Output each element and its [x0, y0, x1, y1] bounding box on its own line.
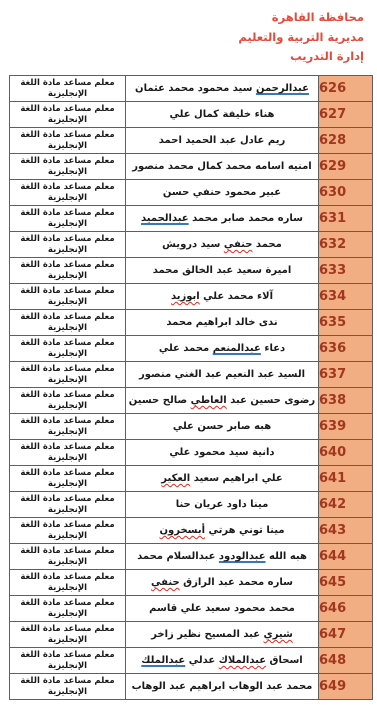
job-title-line: معلم مساعد مادة اللغة [10, 338, 125, 349]
job-title-cell: معلم مساعد مادة اللغةالإنجليزية [10, 128, 126, 154]
job-title-line: الإنجليزية [10, 271, 125, 282]
serial-number: 643 [319, 523, 346, 538]
serial-number-cell: 644 [319, 544, 373, 570]
name-segment: محمد علي [159, 343, 213, 354]
table-row: 641علي ابراهيم سعيد العكيرمعلم مساعد ماد… [10, 466, 373, 492]
serial-number: 638 [319, 393, 346, 408]
page: { "header": { "lines": ["محافظة القاهرة"… [0, 0, 377, 705]
employee-name-cell: محمد عبد الوهاب ابراهيم عبد الوهاب [126, 674, 319, 700]
employee-name-cell: هبه صابر حسن علي [126, 414, 319, 440]
name-segment: عبير محمود حنفي حسن [163, 187, 281, 198]
name-segment-marked: عبدالودود [219, 551, 266, 562]
job-title-cell: معلم مساعد مادة اللغةالإنجليزية [10, 622, 126, 648]
job-title-cell: معلم مساعد مادة اللغةالإنجليزية [10, 648, 126, 674]
serial-number-cell: 648 [319, 648, 373, 674]
name-segment: عبدالسلام محمد [137, 551, 219, 562]
name-segment: محمد محمود سعيد علي قاسم [149, 603, 295, 614]
employee-name-cell: شيري عبد المسيح نظير زاخر [126, 622, 319, 648]
name-segment: اميرة سعيد عبد الخالق محمد [153, 265, 292, 276]
table-row: 648اسحاق عبدالملاك عدلي عبدالملكمعلم مسا… [10, 648, 373, 674]
document-header: محافظة القاهرة مديرية التربية والتعليم إ… [238, 8, 364, 67]
job-title-line: الإنجليزية [10, 89, 125, 100]
serial-number-cell: 641 [319, 466, 373, 492]
job-title-line: معلم مساعد مادة اللغة [10, 156, 125, 167]
serial-number-cell: 626 [319, 76, 373, 102]
table-row: 635ندى خالد ابراهيم محمدمعلم مساعد مادة … [10, 310, 373, 336]
employee-name-cell: اميرة سعيد عبد الخالق محمد [126, 258, 319, 284]
job-title-line: معلم مساعد مادة اللغة [10, 208, 125, 219]
name-segment-marked: عبدالمنعم [213, 343, 261, 354]
job-title-line: معلم مساعد مادة اللغة [10, 572, 125, 583]
job-title-cell: معلم مساعد مادة اللغةالإنجليزية [10, 284, 126, 310]
job-title-cell: معلم مساعد مادة اللغةالإنجليزية [10, 180, 126, 206]
job-title-cell: معلم مساعد مادة اللغةالإنجليزية [10, 518, 126, 544]
job-title-line: الإنجليزية [10, 557, 125, 568]
header-line-directorate: مديرية التربية والتعليم [238, 28, 364, 48]
serial-number: 645 [319, 575, 346, 590]
serial-number: 631 [319, 211, 346, 226]
job-title-line: معلم مساعد مادة اللغة [10, 416, 125, 427]
job-title-line: الإنجليزية [10, 193, 125, 204]
name-segment: امنيه اسامه محمد كمال محمد منصور [132, 161, 311, 172]
employee-name-cell: دانية سيد محمود علي [126, 440, 319, 466]
serial-number-cell: 630 [319, 180, 373, 206]
table-row: 634آلاء محمد علي ابوزيدمعلم مساعد مادة ا… [10, 284, 373, 310]
name-segment-marked: حنفي [224, 239, 253, 250]
serial-number-cell: 636 [319, 336, 373, 362]
job-title-cell: معلم مساعد مادة اللغةالإنجليزية [10, 310, 126, 336]
serial-number: 632 [319, 237, 346, 252]
job-title-line: الإنجليزية [10, 375, 125, 386]
employee-name-cell: هناء خليفة كمال علي [126, 102, 319, 128]
table-row: 639هبه صابر حسن عليمعلم مساعد مادة اللغة… [10, 414, 373, 440]
job-title-cell: معلم مساعد مادة اللغةالإنجليزية [10, 544, 126, 570]
table-row: 630عبير محمود حنفي حسنمعلم مساعد مادة ال… [10, 180, 373, 206]
employee-name-cell: رضوى حسين عبد العاطي صالح حسين [126, 388, 319, 414]
serial-number-cell: 642 [319, 492, 373, 518]
job-title-line: معلم مساعد مادة اللغة [10, 624, 125, 635]
employee-name-cell: ندى خالد ابراهيم محمد [126, 310, 319, 336]
job-title-cell: معلم مساعد مادة اللغةالإنجليزية [10, 258, 126, 284]
serial-number-cell: 645 [319, 570, 373, 596]
job-title-cell: معلم مساعد مادة اللغةالإنجليزية [10, 674, 126, 700]
name-segment: محمد عبد الوهاب ابراهيم عبد الوهاب [132, 681, 313, 692]
roster-table-body: 626عبدالرحمن سيد محمود محمد عثمانمعلم مس… [10, 76, 373, 700]
table-row: 647شيري عبد المسيح نظير زاخرمعلم مساعد م… [10, 622, 373, 648]
name-segment-marked: شيري [264, 629, 293, 640]
name-segment-marked: العاطي [191, 395, 227, 406]
name-segment-marked: عبدالملاك [219, 655, 266, 666]
job-title-cell: معلم مساعد مادة اللغةالإنجليزية [10, 492, 126, 518]
serial-number-cell: 635 [319, 310, 373, 336]
table-row: 638رضوى حسين عبد العاطي صالح حسينمعلم مس… [10, 388, 373, 414]
table-row: 632محمد حنفي سيد درويشمعلم مساعد مادة ال… [10, 232, 373, 258]
job-title-line: معلم مساعد مادة اللغة [10, 104, 125, 115]
name-segment: سيد محمود محمد عثمان [135, 83, 256, 94]
job-title-cell: معلم مساعد مادة اللغةالإنجليزية [10, 570, 126, 596]
job-title-cell: معلم مساعد مادة اللغةالإنجليزية [10, 466, 126, 492]
job-title-cell: معلم مساعد مادة اللغةالإنجليزية [10, 440, 126, 466]
employee-name-cell: ساره محمد عبد الرازق حنفي [126, 570, 319, 596]
job-title-line: الإنجليزية [10, 219, 125, 230]
serial-number-cell: 639 [319, 414, 373, 440]
job-title-line: الإنجليزية [10, 505, 125, 516]
serial-number: 630 [319, 185, 346, 200]
employee-name-cell: عبير محمود حنفي حسن [126, 180, 319, 206]
job-title-line: معلم مساعد مادة اللغة [10, 442, 125, 453]
table-row: 642مينا داود عريان حنامعلم مساعد مادة ال… [10, 492, 373, 518]
serial-number: 636 [319, 341, 346, 356]
job-title-line: معلم مساعد مادة اللغة [10, 286, 125, 297]
name-segment: دانية سيد محمود علي [169, 447, 274, 458]
job-title-line: معلم مساعد مادة اللغة [10, 130, 125, 141]
job-title-line: معلم مساعد مادة اللغة [10, 364, 125, 375]
employee-name-cell: امنيه اسامه محمد كمال محمد منصور [126, 154, 319, 180]
name-segment: صالح حسين [129, 395, 191, 406]
name-segment-marked: عبدالرحمن [256, 83, 309, 94]
serial-number: 639 [319, 419, 346, 434]
serial-number-cell: 646 [319, 596, 373, 622]
serial-number-cell: 643 [319, 518, 373, 544]
serial-number-cell: 634 [319, 284, 373, 310]
job-title-line: معلم مساعد مادة اللغة [10, 676, 125, 687]
name-segment: ريم عادل عبد الحميد احمد [159, 135, 285, 146]
serial-number: 629 [319, 159, 346, 174]
job-title-line: الإنجليزية [10, 115, 125, 126]
roster-table: 626عبدالرحمن سيد محمود محمد عثمانمعلم مس… [9, 75, 373, 700]
job-title-line: الإنجليزية [10, 453, 125, 464]
table-row: 636دعاء عبدالمنعم محمد عليمعلم مساعد ماد… [10, 336, 373, 362]
serial-number-cell: 633 [319, 258, 373, 284]
table-row: 637السيد عبد النعيم عبد الغني منصورمعلم … [10, 362, 373, 388]
job-title-cell: معلم مساعد مادة اللغةالإنجليزية [10, 336, 126, 362]
job-title-line: معلم مساعد مادة اللغة [10, 546, 125, 557]
table-row: 628ريم عادل عبد الحميد احمدمعلم مساعد ما… [10, 128, 373, 154]
job-title-line: الإنجليزية [10, 245, 125, 256]
serial-number: 637 [319, 367, 346, 382]
header-line-governorate: محافظة القاهرة [238, 8, 364, 28]
serial-number: 648 [319, 653, 346, 668]
table-row: 644هبه الله عبدالودود عبدالسلام محمدمعلم… [10, 544, 373, 570]
serial-number-cell: 637 [319, 362, 373, 388]
job-title-line: معلم مساعد مادة اللغة [10, 78, 125, 89]
serial-number-cell: 638 [319, 388, 373, 414]
serial-number: 646 [319, 601, 346, 616]
serial-number-cell: 640 [319, 440, 373, 466]
serial-number-cell: 627 [319, 102, 373, 128]
table-row: 629امنيه اسامه محمد كمال محمد منصورمعلم … [10, 154, 373, 180]
serial-number-cell: 649 [319, 674, 373, 700]
job-title-cell: معلم مساعد مادة اللغةالإنجليزية [10, 76, 126, 102]
employee-name-cell: محمد محمود سعيد علي قاسم [126, 596, 319, 622]
job-title-line: معلم مساعد مادة اللغة [10, 468, 125, 479]
serial-number: 626 [319, 81, 346, 96]
name-segment: اسحاق [266, 655, 303, 666]
job-title-cell: معلم مساعد مادة اللغةالإنجليزية [10, 206, 126, 232]
serial-number: 640 [319, 445, 346, 460]
name-segment-marked: حنفي [151, 577, 180, 588]
name-segment: هبه صابر حسن علي [173, 421, 271, 432]
roster-table-container: 626عبدالرحمن سيد محمود محمد عثمانمعلم مس… [9, 75, 373, 700]
serial-number: 628 [319, 133, 346, 148]
job-title-line: الإنجليزية [10, 297, 125, 308]
job-title-line: معلم مساعد مادة اللغة [10, 312, 125, 323]
job-title-line: الإنجليزية [10, 401, 125, 412]
table-row: 645ساره محمد عبد الرازق حنفيمعلم مساعد م… [10, 570, 373, 596]
name-segment: ساره محمد عبد الرازق [180, 577, 293, 588]
name-segment: ندى خالد ابراهيم محمد [166, 317, 277, 328]
name-segment-marked: عبدالحميد [141, 213, 189, 224]
job-title-cell: معلم مساعد مادة اللغةالإنجليزية [10, 414, 126, 440]
employee-name-cell: السيد عبد النعيم عبد الغني منصور [126, 362, 319, 388]
job-title-line: الإنجليزية [10, 167, 125, 178]
serial-number: 641 [319, 471, 346, 486]
serial-number: 644 [319, 549, 346, 564]
job-title-line: معلم مساعد مادة اللغة [10, 650, 125, 661]
name-segment: سيد درويش [162, 239, 224, 250]
table-row: 643مينا توني هرتي أبسخرونمعلم مساعد مادة… [10, 518, 373, 544]
job-title-line: معلم مساعد مادة اللغة [10, 234, 125, 245]
table-row: 640دانية سيد محمود عليمعلم مساعد مادة ال… [10, 440, 373, 466]
name-segment: عبد المسيح نظير زاخر [151, 629, 263, 640]
name-segment-marked: عبدالملك [141, 655, 185, 666]
header-line-department: إدارة التدريب [238, 47, 364, 67]
job-title-line: معلم مساعد مادة اللغة [10, 520, 125, 531]
name-segment: آلاء محمد علي [200, 291, 273, 302]
job-title-line: الإنجليزية [10, 583, 125, 594]
job-title-line: الإنجليزية [10, 323, 125, 334]
employee-name-cell: دعاء عبدالمنعم محمد علي [126, 336, 319, 362]
name-segment: هناء خليفة كمال علي [170, 109, 275, 120]
job-title-line: الإنجليزية [10, 141, 125, 152]
job-title-line: الإنجليزية [10, 349, 125, 360]
job-title-line: الإنجليزية [10, 427, 125, 438]
job-title-cell: معلم مساعد مادة اللغةالإنجليزية [10, 388, 126, 414]
employee-name-cell: آلاء محمد علي ابوزيد [126, 284, 319, 310]
name-segment: هبه الله [266, 551, 307, 562]
name-segment: السيد عبد النعيم عبد الغني منصور [139, 369, 305, 380]
employee-name-cell: عبدالرحمن سيد محمود محمد عثمان [126, 76, 319, 102]
name-segment: مينا توني هرتي [205, 525, 284, 536]
job-title-cell: معلم مساعد مادة اللغةالإنجليزية [10, 362, 126, 388]
table-row: 627هناء خليفة كمال عليمعلم مساعد مادة ال… [10, 102, 373, 128]
serial-number-cell: 631 [319, 206, 373, 232]
name-segment: دعاء [261, 343, 285, 354]
job-title-line: معلم مساعد مادة اللغة [10, 390, 125, 401]
job-title-cell: معلم مساعد مادة اللغةالإنجليزية [10, 596, 126, 622]
serial-number-cell: 647 [319, 622, 373, 648]
serial-number: 633 [319, 263, 346, 278]
job-title-line: معلم مساعد مادة اللغة [10, 598, 125, 609]
name-segment: رضوى حسين عبد [227, 395, 315, 406]
employee-name-cell: اسحاق عبدالملاك عدلي عبدالملك [126, 648, 319, 674]
job-title-line: الإنجليزية [10, 479, 125, 490]
employee-name-cell: مينا داود عريان حنا [126, 492, 319, 518]
table-row: 646محمد محمود سعيد علي قاسممعلم مساعد ما… [10, 596, 373, 622]
serial-number-cell: 628 [319, 128, 373, 154]
job-title-line: معلم مساعد مادة اللغة [10, 182, 125, 193]
serial-number-cell: 632 [319, 232, 373, 258]
serial-number: 647 [319, 627, 346, 642]
serial-number: 635 [319, 315, 346, 330]
name-segment-marked: العكير [161, 473, 190, 484]
serial-number: 627 [319, 107, 346, 122]
job-title-cell: معلم مساعد مادة اللغةالإنجليزية [10, 102, 126, 128]
name-segment: عدلي [185, 655, 218, 666]
name-segment-marked: أبسخرون [159, 525, 205, 536]
job-title-line: الإنجليزية [10, 531, 125, 542]
serial-number: 649 [319, 679, 346, 694]
table-row: 649محمد عبد الوهاب ابراهيم عبد الوهابمعل… [10, 674, 373, 700]
job-title-cell: معلم مساعد مادة اللغةالإنجليزية [10, 154, 126, 180]
job-title-line: الإنجليزية [10, 635, 125, 646]
serial-number-cell: 629 [319, 154, 373, 180]
serial-number: 642 [319, 497, 346, 512]
name-segment: مينا داود عريان حنا [176, 499, 269, 510]
name-segment: محمد [252, 239, 281, 250]
table-row: 626عبدالرحمن سيد محمود محمد عثمانمعلم مس… [10, 76, 373, 102]
job-title-cell: معلم مساعد مادة اللغةالإنجليزية [10, 232, 126, 258]
table-row: 633اميرة سعيد عبد الخالق محمدمعلم مساعد … [10, 258, 373, 284]
name-segment-marked: ابوزيد [171, 291, 200, 302]
serial-number: 634 [319, 289, 346, 304]
table-row: 631ساره محمد صابر محمد عبدالحميدمعلم مسا… [10, 206, 373, 232]
employee-name-cell: مينا توني هرتي أبسخرون [126, 518, 319, 544]
job-title-line: معلم مساعد مادة اللغة [10, 494, 125, 505]
employee-name-cell: ريم عادل عبد الحميد احمد [126, 128, 319, 154]
job-title-line: الإنجليزية [10, 661, 125, 672]
name-segment: ساره محمد صابر محمد [189, 213, 303, 224]
employee-name-cell: محمد حنفي سيد درويش [126, 232, 319, 258]
employee-name-cell: هبه الله عبدالودود عبدالسلام محمد [126, 544, 319, 570]
name-segment: علي ابراهيم سعيد [190, 473, 283, 484]
job-title-line: معلم مساعد مادة اللغة [10, 260, 125, 271]
employee-name-cell: ساره محمد صابر محمد عبدالحميد [126, 206, 319, 232]
job-title-line: الإنجليزية [10, 687, 125, 698]
employee-name-cell: علي ابراهيم سعيد العكير [126, 466, 319, 492]
job-title-line: الإنجليزية [10, 609, 125, 620]
